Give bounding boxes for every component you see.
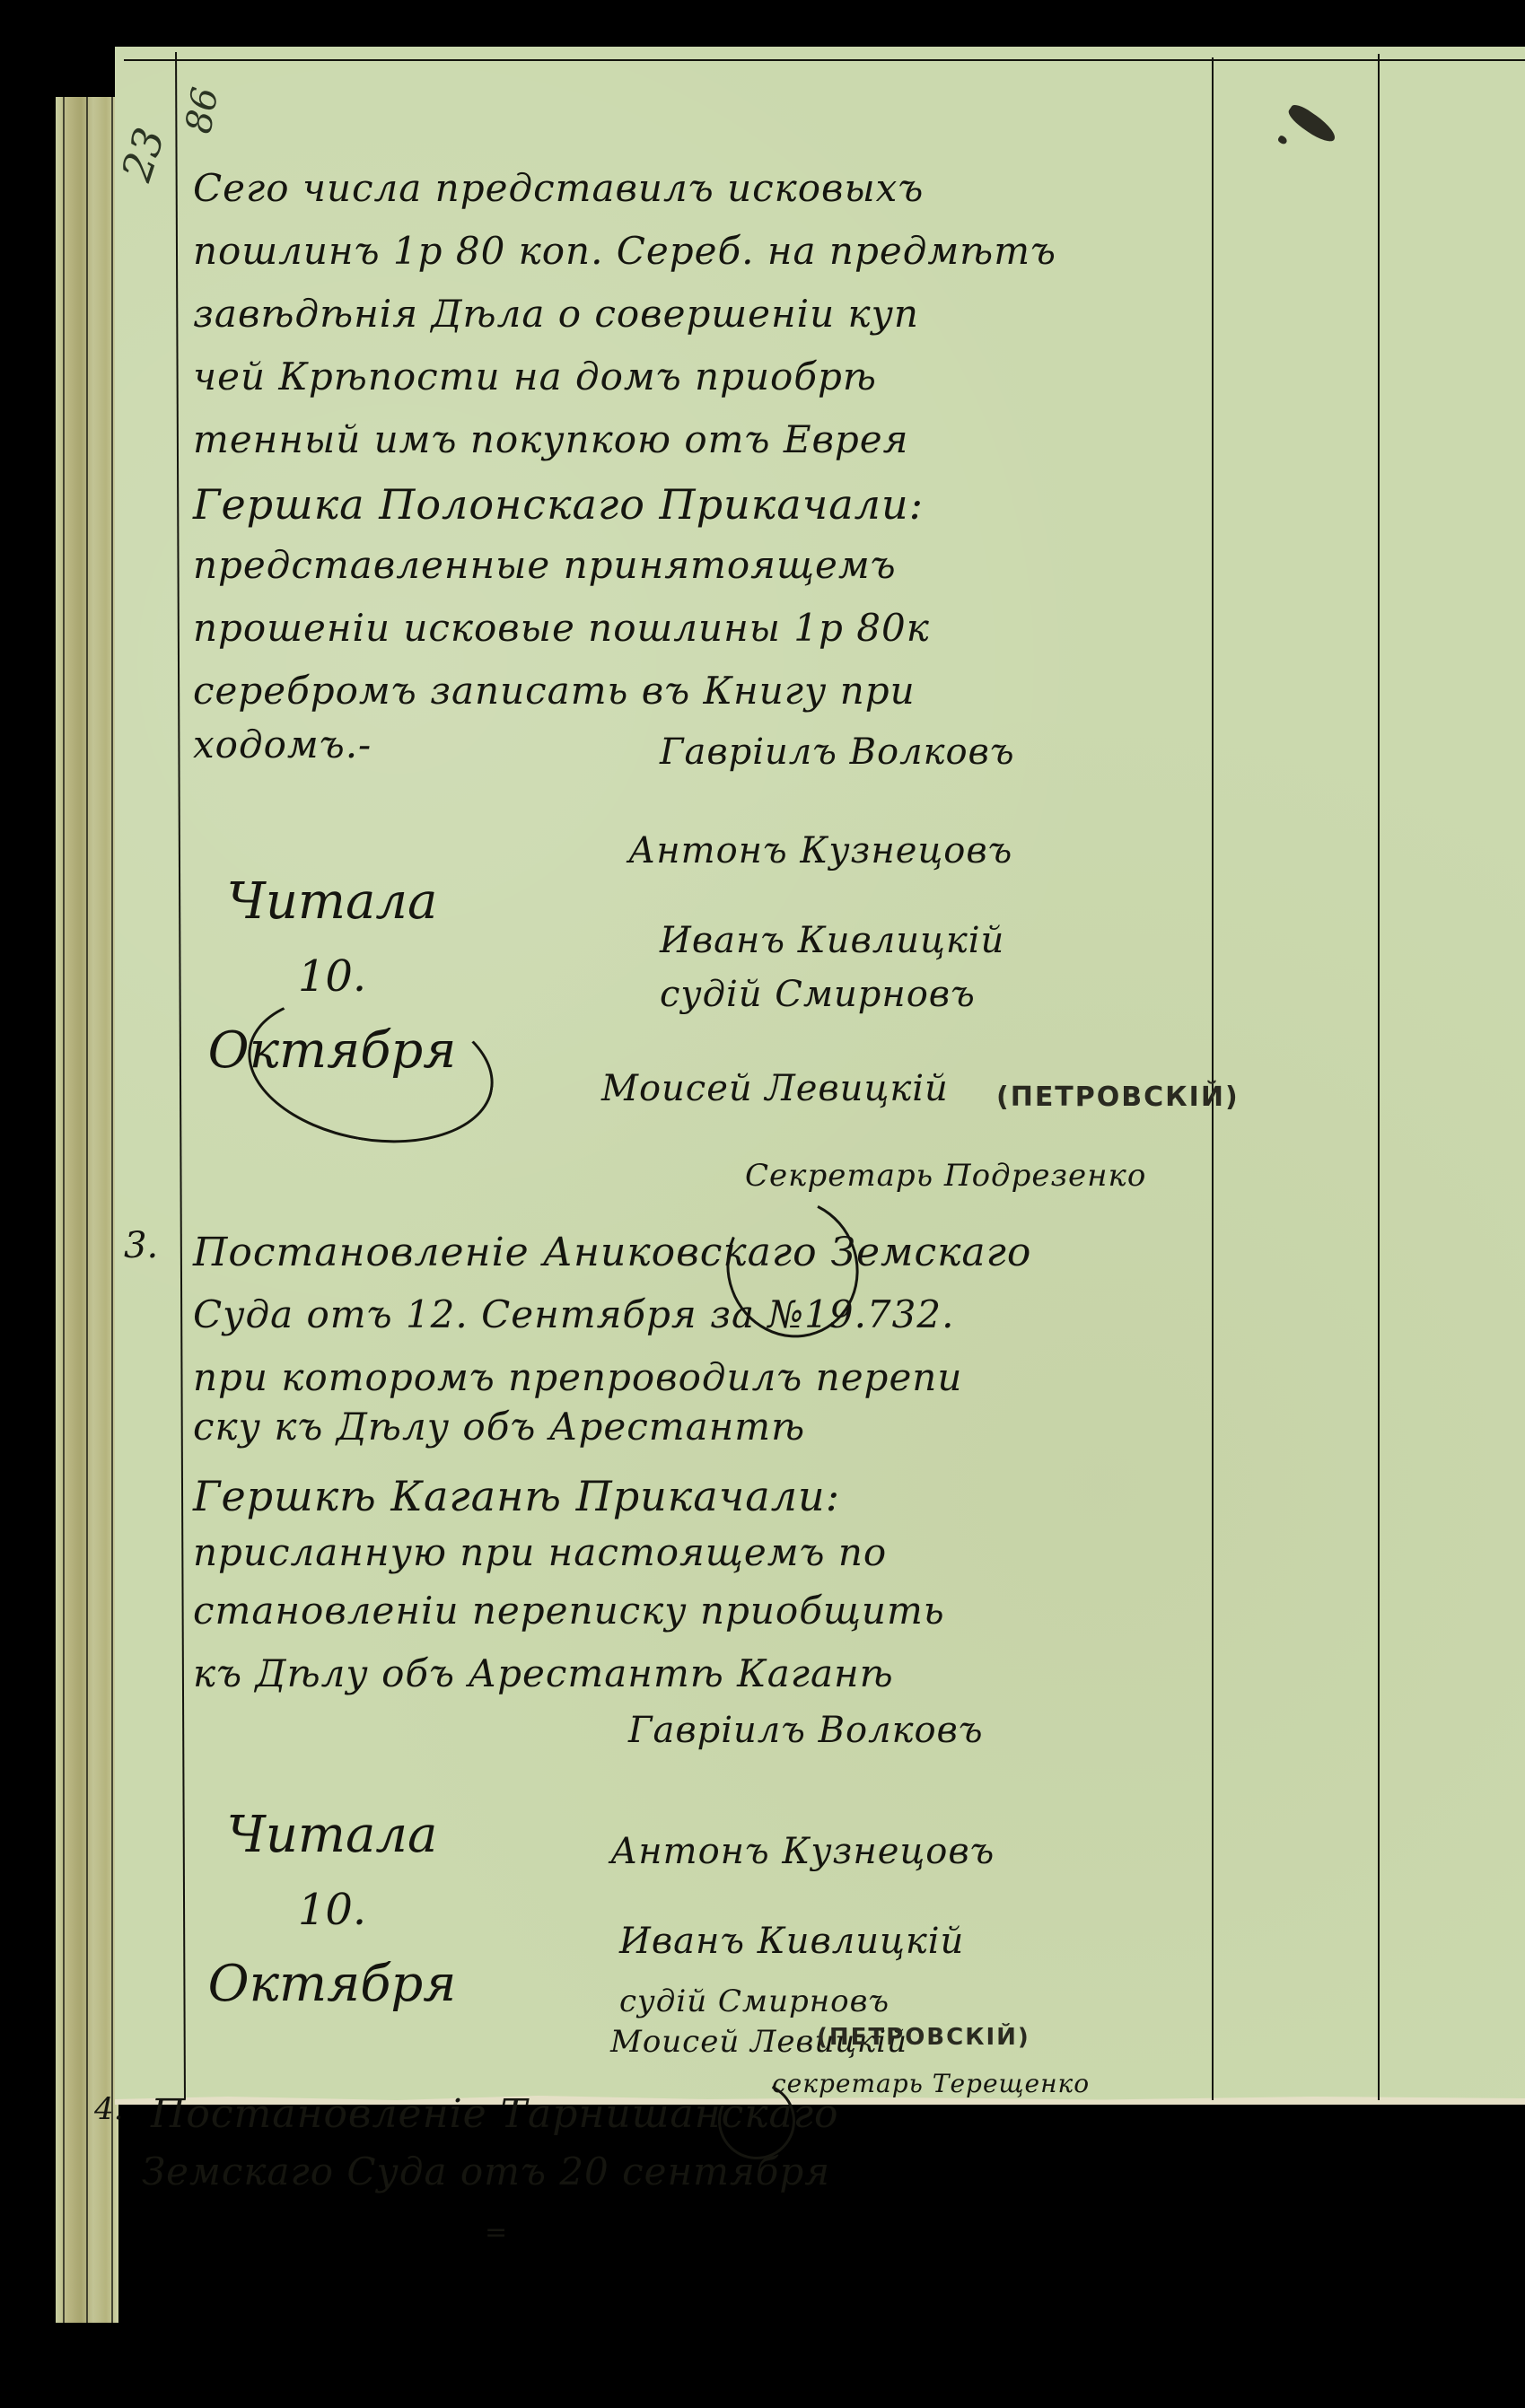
entry3-stamp: (ПЕТРОВСКІЙ) <box>817 2024 1030 2051</box>
entry3-line-6: присланную при настоящемъ по <box>193 1530 887 1574</box>
right-column-rule <box>1378 54 1380 2100</box>
entry2-signature-2: Антонъ Кузнецовъ <box>628 830 1012 871</box>
entry3-line-2: Суда отъ 12. Сентября за №19.732. <box>193 1292 954 1336</box>
text-column-rule <box>1212 57 1214 2100</box>
entry2-line-7: представленные принятоящемъ <box>193 543 897 587</box>
entry3-line-7: становленіи переписку приобщить <box>193 1589 945 1633</box>
read-day: 10. <box>184 1876 480 1945</box>
entry2-stamp: (ПЕТРОВСКІЙ) <box>996 1081 1240 1113</box>
read-word: Читала <box>184 1795 480 1876</box>
document-scan: 23 86 Сего числа представилъ исковыхъ по… <box>0 0 1525 2408</box>
entry3-signature-2: Антонъ Кузнецовъ <box>610 1831 995 1872</box>
entry2-line-8: прошеніи исковые пошлины 1р 80к <box>193 606 930 650</box>
entry4-line-1: Постановленіе Тарнишанскаго <box>151 2091 839 2137</box>
entry3-signature-3: Иванъ Кивлицкій <box>619 1921 964 1962</box>
entry2-line-9: серебромъ записать въ Книгу при <box>193 669 916 713</box>
entry3-signature-4: судій Смирновъ <box>619 1983 890 2019</box>
entry2-signature-1: Гавріилъ Волковъ <box>660 731 1014 773</box>
entry3-line-1: Постановленіе Аниковскаго Земскаго <box>193 1230 1031 1275</box>
entry4-number: 4. <box>94 2091 123 2127</box>
entry3-signature-1: Гавріилъ Волковъ <box>628 1710 983 1751</box>
entry2-line-3: завѣдѣнія Дѣла о совершеніи куп <box>193 292 919 336</box>
read-month: Октября <box>184 1944 480 2025</box>
entry2-signature-6: Секретарь Подрезенко <box>745 1158 1146 1194</box>
page-edge-stack <box>56 97 118 2323</box>
entry2-signature-3: Иванъ Кивлицкій <box>660 920 1004 961</box>
read-word: Читала <box>184 862 480 942</box>
entry2-line-5: тенный имъ покупкою отъ Еврея <box>193 417 908 461</box>
entry3-read-note: Читала 10. Октября <box>184 1795 480 2025</box>
closing-mark: = <box>485 2217 507 2248</box>
folio-mark: 86 <box>178 84 226 136</box>
entry2-line-10: ходомъ.- <box>193 722 372 766</box>
entry3-line-8: къ Дѣлу объ Арестантѣ Каганѣ <box>193 1651 894 1695</box>
entry3-line-5: Гершкѣ Каганѣ Прикачали: <box>193 1472 840 1520</box>
entry2-line-2: пошлинъ 1р 80 коп. Сереб. на предмѣтъ <box>193 229 1056 273</box>
entry3-line-4: ску къ Дѣлу объ Арестантѣ <box>193 1405 805 1449</box>
entry2-line-6: Гершка Полонскаго Прикачали: <box>193 480 924 529</box>
entry2-signature-4: судій Смирновъ <box>660 974 976 1015</box>
entry2-line-4: чей Крѣпости на домъ приобрѣ <box>193 355 877 398</box>
entry4-line-2: Земскаго Суда отъ 20 сентября <box>142 2150 830 2193</box>
entry3-number: 3. <box>124 1225 158 1266</box>
entry3-line-3: при которомъ препроводилъ перепи <box>193 1355 962 1399</box>
top-rule <box>124 59 1525 61</box>
entry2-signature-5: Моисей Левицкій <box>601 1068 949 1109</box>
entry2-line-1: Сего числа представилъ исковыхъ <box>193 166 924 210</box>
